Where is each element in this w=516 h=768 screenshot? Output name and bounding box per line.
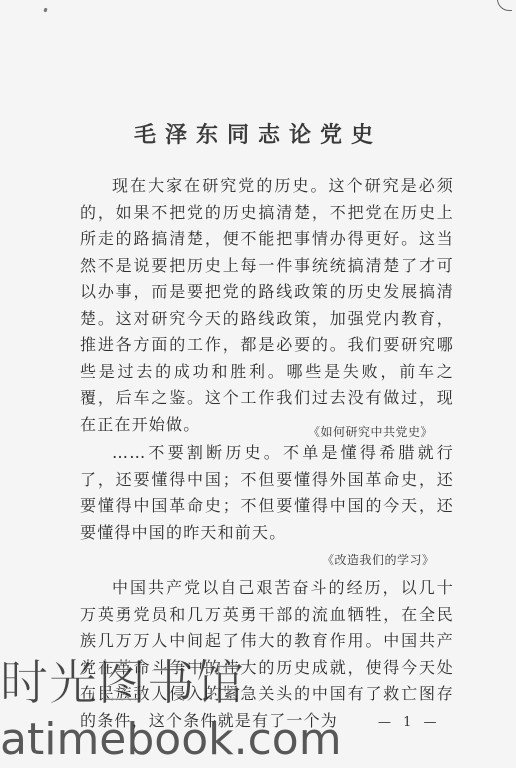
watermark-chinese: 时光图书馆 bbox=[0, 655, 245, 711]
paragraph-2: ……不要割断历史。不单是懂得希腊就行了，还要懂得中国；不但要懂得外国革命史，还要… bbox=[80, 440, 454, 546]
page-number: — 1 — bbox=[378, 715, 441, 730]
source-citation-2: 《改造我们的学习》 bbox=[322, 551, 435, 568]
page-corner-mark bbox=[497, 0, 512, 11]
watermark-english: atimebook.com bbox=[0, 712, 342, 768]
source-citation-1: 《如何研究中共党史》 bbox=[308, 423, 433, 440]
page-title: 毛泽东同志论党史 bbox=[0, 118, 516, 149]
document-page: 毛泽东同志论党史 现在大家在研究党的历史。这个研究是必须的，如果不把党的历史搞清… bbox=[0, 0, 516, 768]
paragraph-1: 现在大家在研究党的历史。这个研究是必须的，如果不把党的历史搞清楚，不把党在历史上… bbox=[80, 173, 454, 438]
paragraph-text: 现在大家在研究党的历史。这个研究是必须的，如果不把党的历史搞清楚，不把党在历史上… bbox=[80, 173, 454, 438]
scan-speck bbox=[43, 8, 47, 13]
paragraph-text: ……不要割断历史。不单是懂得希腊就行了，还要懂得中国；不但要懂得外国革命史，还要… bbox=[80, 440, 454, 546]
